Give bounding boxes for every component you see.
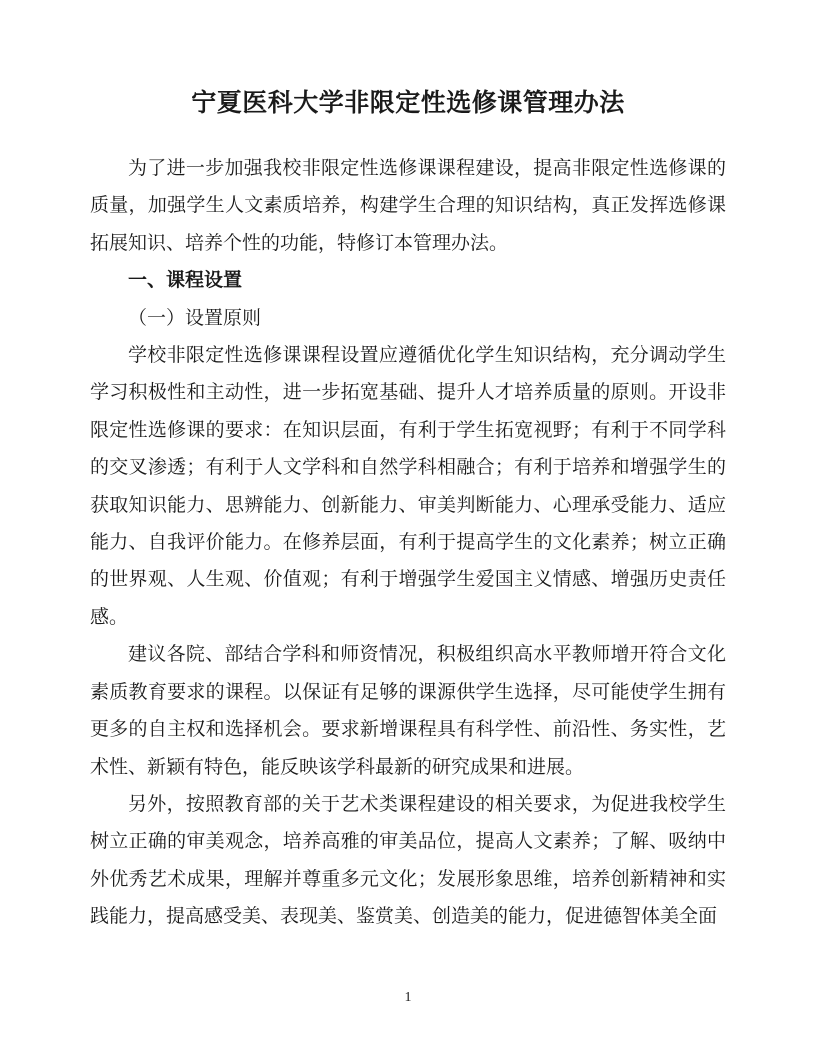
paragraph: 建议各院、部结合学科和师资情况，积极组织高水平教师增开符合文化素质教育要求的课程… xyxy=(90,636,726,786)
page-number: 1 xyxy=(0,990,816,1006)
section-heading: 一、课程设置 xyxy=(90,262,726,299)
paragraph: 另外，按照教育部的关于艺术类课程建设的相关要求，为促进我校学生树立正确的审美观念… xyxy=(90,786,726,936)
document-content: 宁夏医科大学非限定性选修课管理办法 为了进一步加强我校非限定性选修课课程建设，提… xyxy=(90,0,726,936)
document-page: 宁夏医科大学非限定性选修课管理办法 为了进一步加强我校非限定性选修课课程建设，提… xyxy=(0,0,816,1056)
paragraph: 学校非限定性选修课课程设置应遵循优化学生知识结构，充分调动学生学习积极性和主动性… xyxy=(90,337,726,636)
document-title: 宁夏医科大学非限定性选修课管理办法 xyxy=(90,86,726,122)
sub-heading: （一）设置原则 xyxy=(90,300,726,337)
document-body: 为了进一步加强我校非限定性选修课课程建设，提高非限定性选修课的质量，加强学生人文… xyxy=(90,150,726,936)
paragraph: 为了进一步加强我校非限定性选修课课程建设，提高非限定性选修课的质量，加强学生人文… xyxy=(90,150,726,262)
